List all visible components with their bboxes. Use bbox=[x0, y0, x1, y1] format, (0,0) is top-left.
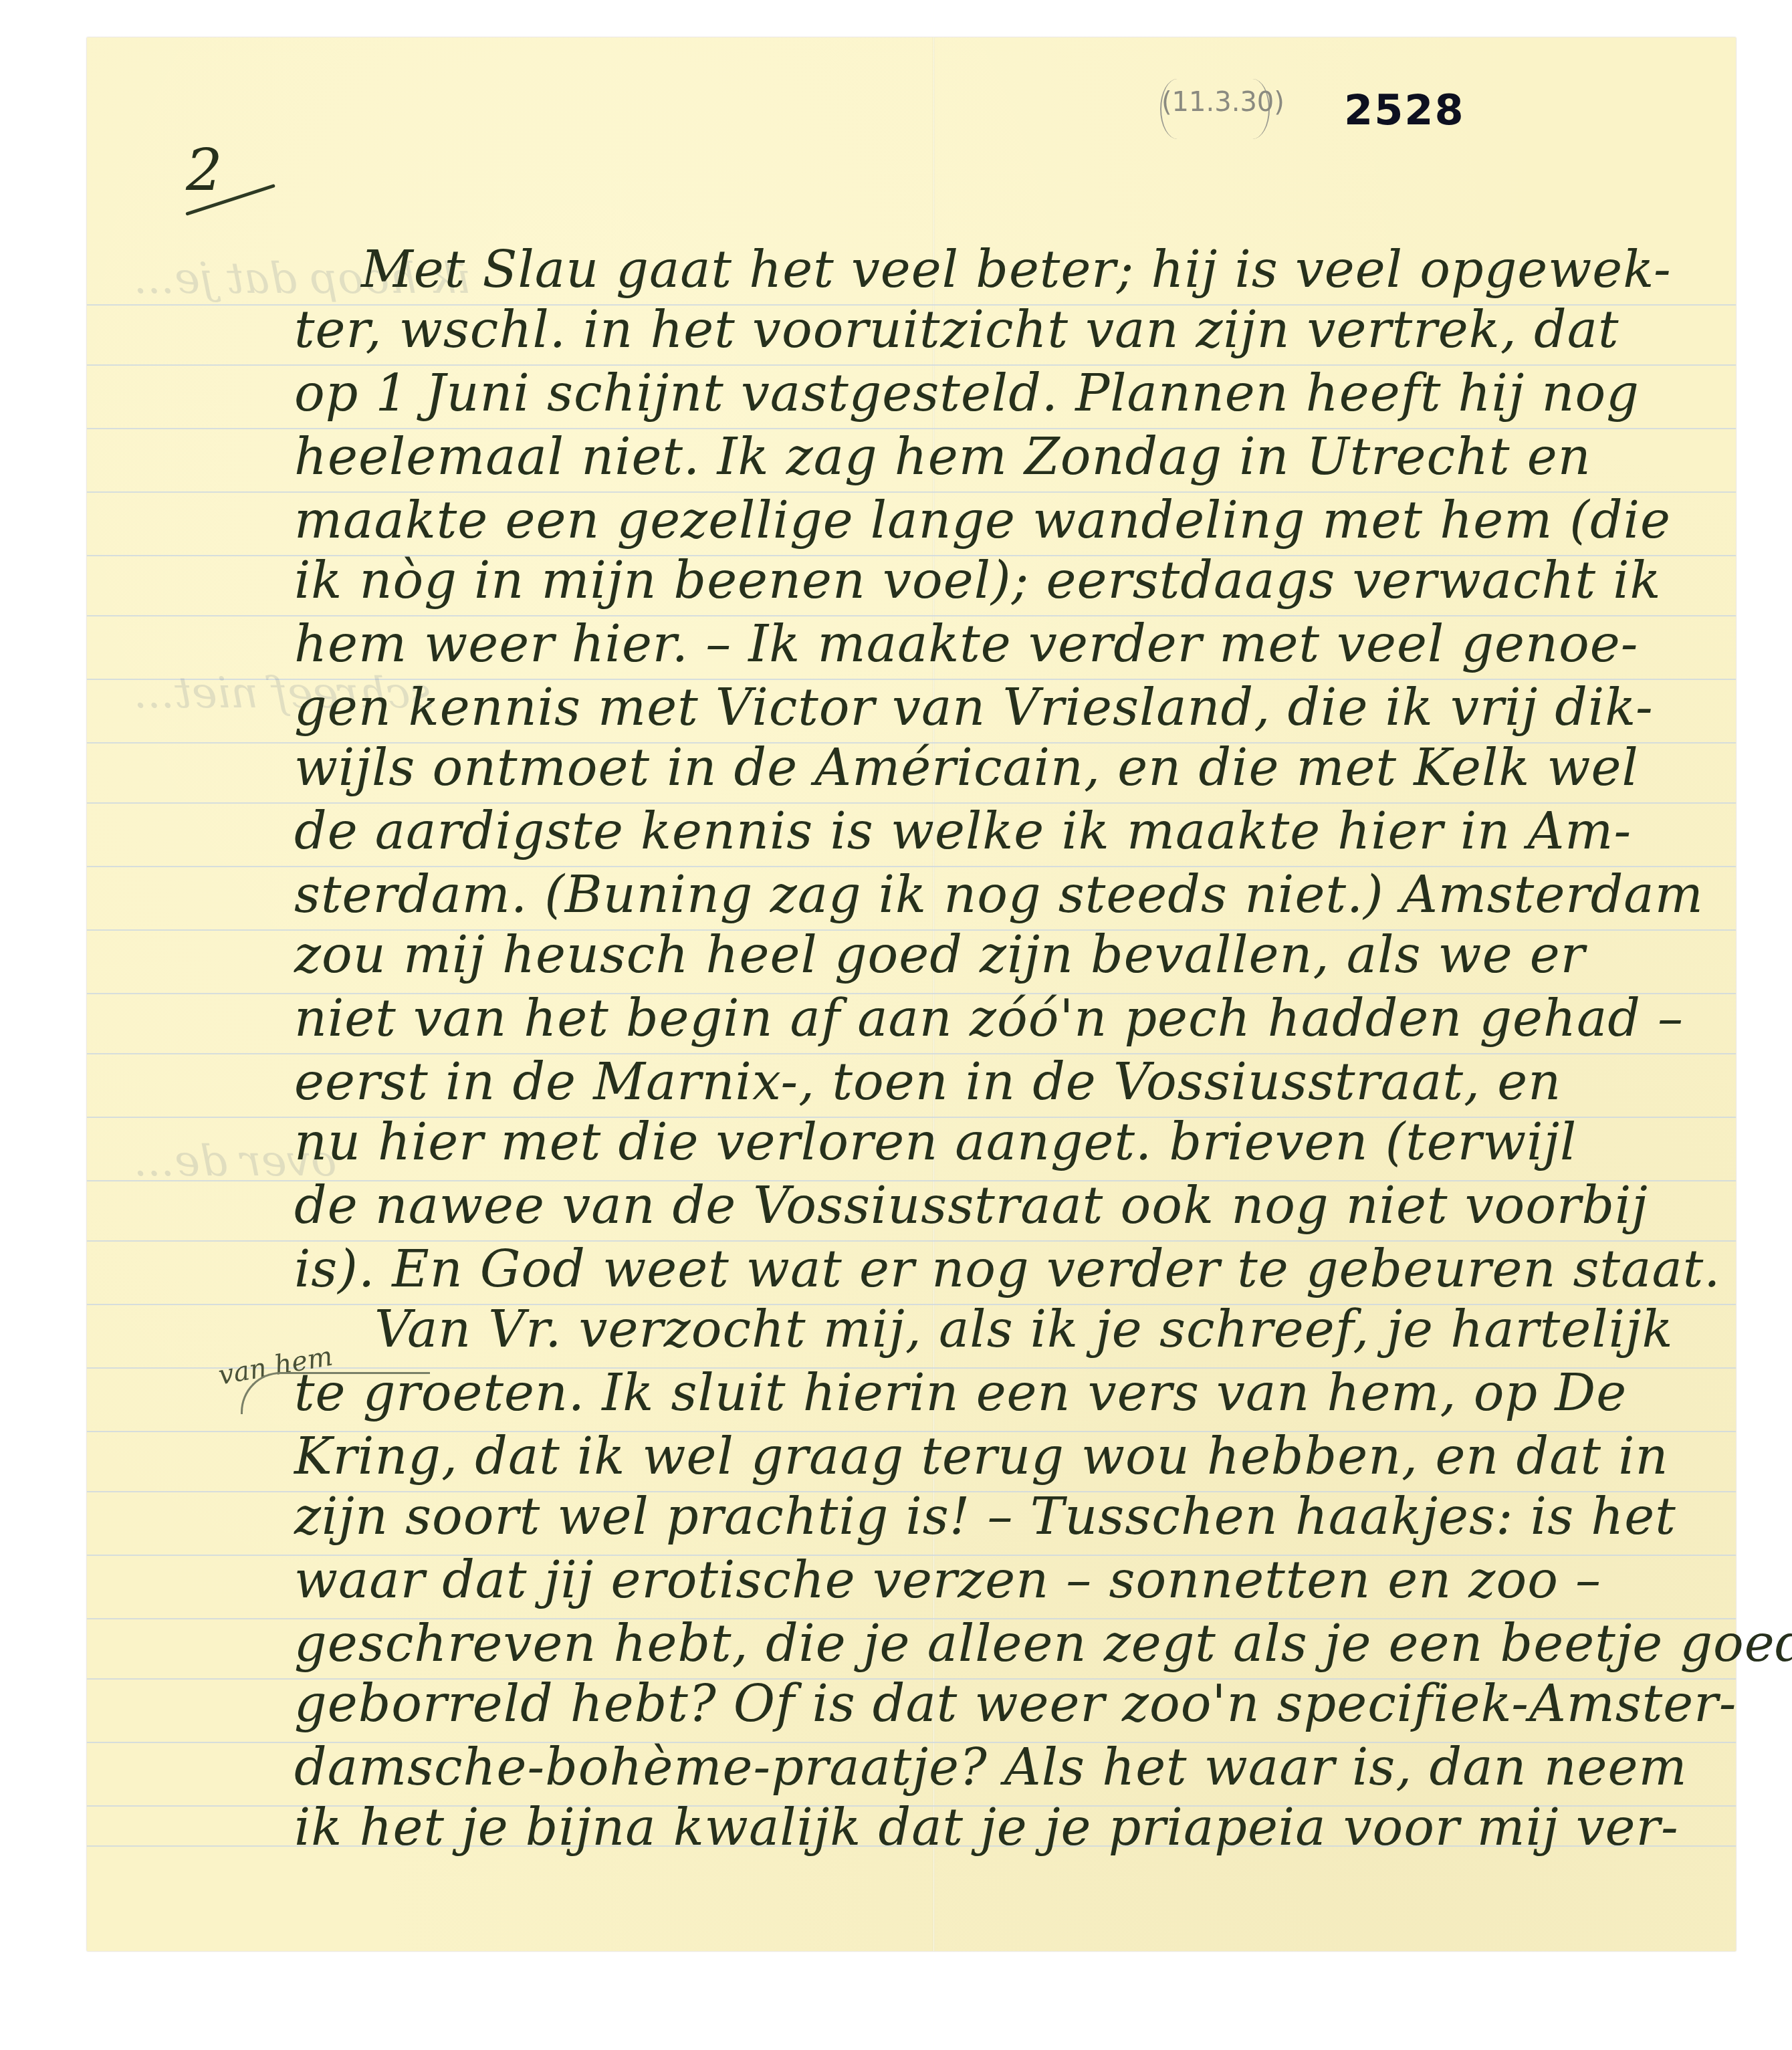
letter-line: te groeten. Ik sluit hierin een vers van… bbox=[294, 1367, 1627, 1418]
page-number: 2 bbox=[186, 137, 223, 204]
letter-line: zou mij heusch heel goed zijn bevallen, … bbox=[294, 929, 1585, 980]
letter-line: ik het je bijna kwalijk dat je je priape… bbox=[294, 1802, 1679, 1853]
letter-line: nu hier met die verloren aanget. brieven… bbox=[294, 1117, 1577, 1167]
letter-line: Kring, dat ik wel graag terug wou hebben… bbox=[294, 1431, 1668, 1482]
letter-line: maakte een gezellige lange wandeling met… bbox=[294, 495, 1671, 546]
letter-line: eerst in de Marnix-, toen in de Vossiuss… bbox=[294, 1056, 1561, 1107]
letter-line: de aardigste kennis is welke ik maakte h… bbox=[294, 806, 1632, 857]
letter-line: gen kennis met Victor van Vriesland, die… bbox=[294, 682, 1654, 733]
letter-line: ik nòg in mijn beenen voel); eerstdaags … bbox=[294, 555, 1662, 606]
letter-line: wijls ontmoet in de Américain, en die me… bbox=[294, 742, 1639, 793]
archive-stamp: 2528 bbox=[1344, 86, 1465, 134]
pencil-date-annotation: (11.3.30) bbox=[1160, 79, 1270, 139]
letter-line: hem weer hier. – Ik maakte verder met ve… bbox=[294, 618, 1638, 669]
letter-line: de nawee van de Vossiusstraat ook nog ni… bbox=[294, 1180, 1648, 1231]
letter-line: niet van het begin af aan zóó'n pech had… bbox=[294, 993, 1684, 1044]
letter-line: zijn soort wel prachtig is! – Tusschen h… bbox=[294, 1491, 1676, 1542]
letter-line: Met Slau gaat het veel beter; hij is vee… bbox=[361, 244, 1672, 295]
letter-line: damsche-bohème-praatje? Als het waar is,… bbox=[294, 1742, 1688, 1793]
letter-line: waar dat jij erotische verzen – sonnette… bbox=[294, 1555, 1601, 1605]
letter-line: is). En God weet wat er nog verder te ge… bbox=[294, 1244, 1720, 1294]
letter-line: Van Vr. verzocht mij, als ik je schreef,… bbox=[374, 1304, 1674, 1355]
letter-line: sterdam. (Buning zag ik nog steeds niet.… bbox=[294, 869, 1704, 920]
letter-line: geborreld hebt? Of is dat weer zoo'n spe… bbox=[294, 1678, 1737, 1729]
letter-line: op 1 Juni schijnt vastgesteld. Plannen h… bbox=[294, 368, 1640, 419]
letter-line: heelemaal niet. Ik zag hem Zondag in Utr… bbox=[294, 431, 1591, 482]
insertion-mark bbox=[241, 1372, 430, 1414]
letter-line: geschreven hebt, die je alleen zegt als … bbox=[294, 1618, 1792, 1669]
letter-line: ter, wschl. in het vooruitzicht van zijn… bbox=[294, 304, 1619, 355]
